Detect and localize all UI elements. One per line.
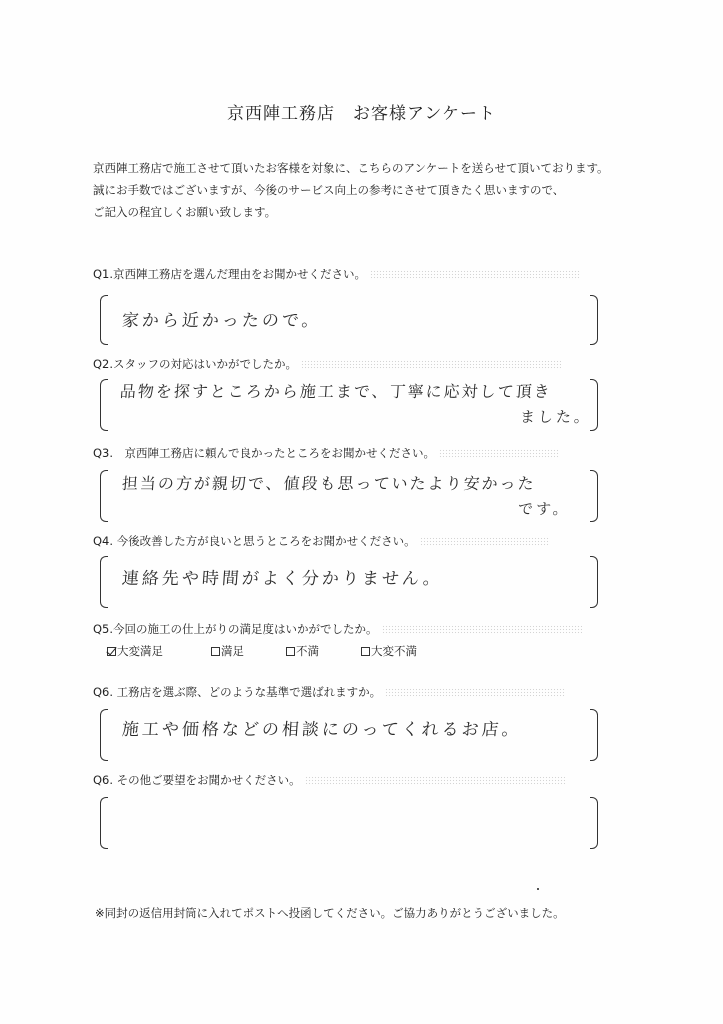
bracket-left (100, 470, 108, 522)
option-label: 大変不満 (371, 643, 417, 659)
question-text: Q4. 今後改善した方が良いと思うところをお聞かせください。 (93, 534, 416, 548)
bracket-right (590, 709, 598, 761)
checkbox-checked-icon[interactable] (107, 647, 116, 656)
bracket-right (590, 797, 598, 849)
dotted-noise (382, 625, 582, 634)
dotted-noise (439, 449, 559, 458)
survey-title: 京西陣工務店 お客様アンケート (0, 99, 723, 124)
dotted-noise (385, 688, 565, 697)
intro-line: 京西陣工務店で施工させて頂いたお客様を対象に、こちらのアンケートを送らせて頂いて… (93, 157, 609, 179)
dotted-noise (370, 270, 580, 279)
option-dissatisfied[interactable]: 不満 (286, 643, 361, 659)
question-4-label: Q4. 今後改善した方が良いと思うところをお聞かせください。 (93, 533, 550, 549)
question-text: Q6. その他ご要望をお聞かせください。 (93, 773, 301, 787)
bracket-right (590, 295, 598, 345)
survey-page: 京西陣工務店 お客様アンケート 京西陣工務店で施工させて頂いたお客様を対象に、こ… (0, 0, 723, 1024)
intro-line: 誠にお手数ではございますが、今後のサービス向上の参考にさせて頂きたく思いますので… (93, 179, 609, 201)
option-label: 満足 (221, 643, 244, 659)
option-satisfied[interactable]: 満足 (211, 643, 286, 659)
option-label: 大変満足 (117, 643, 163, 659)
satisfaction-options: 大変満足 満足 不満 大変不満 (107, 643, 441, 659)
option-very-dissatisfied[interactable]: 大変不満 (361, 643, 441, 659)
question-text: Q3. 京西陣工務店に頼んで良かったところをお聞かせください。 (93, 446, 435, 460)
question-5-label: Q5.今回の施工の仕上がりの満足度はいかがでしたか。 (93, 621, 582, 637)
question-text: Q1.京西陣工務店を選んだ理由をお聞かせください。 (93, 267, 366, 281)
question-text: Q5.今回の施工の仕上がりの満足度はいかがでしたか。 (93, 622, 378, 636)
checkbox-icon[interactable] (286, 647, 295, 656)
question-2-label: Q2.スタッフの対応はいかがでしたか。 (93, 356, 561, 372)
bracket-left (100, 797, 108, 849)
footer-note: ※同封の返信用封筒に入れてポストへ投函してください。ご協力ありがとうございました… (95, 905, 565, 921)
answer-box-q3[interactable]: 担当の方が親切で、値段も思っていたより安かった です。 (100, 470, 598, 522)
checkbox-icon[interactable] (361, 647, 370, 656)
scan-speck (537, 888, 539, 890)
answer-box-q1[interactable]: 家から近かったので。 (100, 295, 598, 345)
dotted-noise (301, 360, 561, 369)
question-text: Q6. 工務店を選ぶ際、どのような基準で選ばれますか。 (93, 685, 381, 699)
answer-box-q4[interactable]: 連絡先や時間がよく分かりません。 (100, 556, 598, 608)
question-6-label: Q6. 工務店を選ぶ際、どのような基準で選ばれますか。 (93, 684, 565, 700)
dotted-noise (305, 776, 565, 785)
bracket-left (100, 295, 108, 345)
bracket-left (100, 379, 108, 431)
answer-box-q2[interactable]: 品物を探すところから施工まで、丁寧に応対して頂き ました。 (100, 379, 598, 431)
handwritten-answer-line-1: 品物を探すところから施工まで、丁寧に応対して頂き (119, 379, 552, 402)
checkbox-icon[interactable] (211, 647, 220, 656)
question-7-label: Q6. その他ご要望をお聞かせください。 (93, 772, 565, 788)
answer-box-q7-empty[interactable] (100, 797, 598, 849)
answer-box-q6[interactable]: 施工や価格などの相談にのってくれるお店。 (100, 709, 598, 761)
question-1-label: Q1.京西陣工務店を選んだ理由をお聞かせください。 (93, 266, 580, 282)
bracket-right (590, 556, 598, 608)
handwritten-answer-line-2: ました。 (519, 406, 592, 427)
intro-text: 京西陣工務店で施工させて頂いたお客様を対象に、こちらのアンケートを送らせて頂いて… (93, 157, 609, 223)
question-text: Q2.スタッフの対応はいかがでしたか。 (93, 357, 297, 371)
intro-line: ご記入の程宜しくお願い致します。 (93, 201, 609, 223)
handwritten-answer: 施工や価格などの相談にのってくれるお店。 (121, 715, 523, 740)
handwritten-answer: 連絡先や時間がよく分かりません。 (121, 564, 444, 589)
option-label: 不満 (296, 643, 319, 659)
option-very-satisfied[interactable]: 大変満足 (107, 643, 211, 659)
question-3-label: Q3. 京西陣工務店に頼んで良かったところをお聞かせください。 (93, 445, 559, 461)
handwritten-answer: 家から近かったので。 (121, 306, 322, 331)
dotted-noise (420, 537, 550, 546)
bracket-left (100, 556, 108, 608)
bracket-right (590, 470, 598, 522)
handwritten-answer-line-2: です。 (517, 498, 571, 519)
handwritten-answer-line-1: 担当の方が親切で、値段も思っていたより安かった (121, 471, 536, 494)
bracket-left (100, 709, 108, 761)
